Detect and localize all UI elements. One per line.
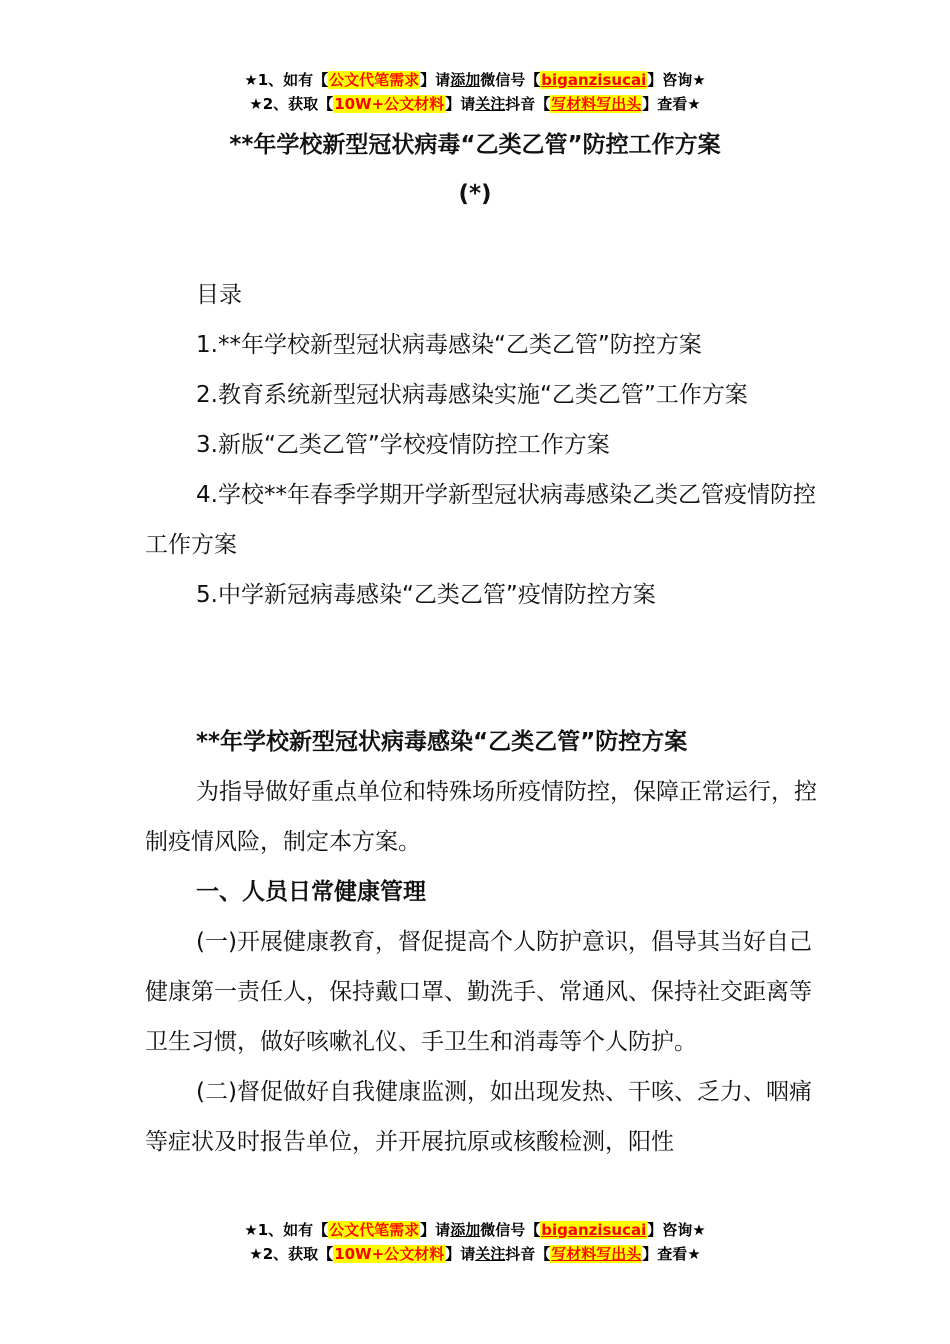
highlight-materials: 10W+公文材料 [333,1245,445,1263]
banner-text: 】请 [445,1245,475,1263]
banner-line-2: ★2、获取【10W+公文材料】请关注抖音【写材料写出头】查看★ [0,1242,950,1266]
banner-text: ★1、如有【 [244,1221,328,1239]
header-banner: ★1、如有【公文代笔需求】请添加微信号【biganzisucai】咨询★ ★2、… [0,68,950,116]
banner-text: 】查看★ [642,95,700,113]
highlight-service: 公文代笔需求 [328,1221,420,1239]
document-subtitle: (*) [0,178,950,210]
highlight-materials: 10W+公文材料 [333,95,445,113]
footer-banner: ★1、如有【公文代笔需求】请添加微信号【biganzisucai】咨询★ ★2、… [0,1218,950,1266]
banner-text: 抖音【 [505,1245,550,1263]
banner-line-1: ★1、如有【公文代笔需求】请添加微信号【biganzisucai】咨询★ [0,1218,950,1242]
douyin-account-link[interactable]: 写材料写出头 [550,95,642,113]
banner-text: 】请 [420,1221,450,1239]
banner-text: 】请 [420,71,450,89]
paragraph-health-education: (一)开展健康教育，督促提高个人防护意识，倡导其当好自己健康第一责任人，保持戴口… [145,917,825,1067]
banner-text: ★2、获取【 [249,1245,333,1263]
banner-text: 】咨询★ [647,1221,705,1239]
banner-text: 抖音【 [505,95,550,113]
table-of-contents: 目录 1.**年学校新型冠状病毒感染“乙类乙管”防控方案 2.教育系统新型冠状病… [145,270,825,620]
banner-text: 微信号【 [480,71,540,89]
toc-item-3[interactable]: 3.新版“乙类乙管”学校疫情防控工作方案 [145,420,825,470]
section-title: **年学校新型冠状病毒感染“乙类乙管”防控方案 [145,717,825,767]
heading-health-management: 一、人员日常健康管理 [145,867,825,917]
banner-text: 】查看★ [642,1245,700,1263]
underlined-add: 添加 [450,71,480,89]
toc-item-2[interactable]: 2.教育系统新型冠状病毒感染实施“乙类乙管”工作方案 [145,370,825,420]
banner-text: ★1、如有【 [244,71,328,89]
toc-item-5[interactable]: 5.中学新冠病毒感染“乙类乙管”疫情防控方案 [145,570,825,620]
intro-paragraph: 为指导做好重点单位和特殊场所疫情防控，保障正常运行，控制疫情风险，制定本方案。 [145,767,825,867]
section-1: **年学校新型冠状病毒感染“乙类乙管”防控方案 为指导做好重点单位和特殊场所疫情… [145,717,825,1167]
banner-line-2: ★2、获取【10W+公文材料】请关注抖音【写材料写出头】查看★ [0,92,950,116]
wechat-id-link[interactable]: biganzisucai [540,1221,647,1239]
douyin-account-link[interactable]: 写材料写出头 [550,1245,642,1263]
highlight-service: 公文代笔需求 [328,71,420,89]
toc-heading: 目录 [145,270,825,320]
paragraph-self-monitoring: (二)督促做好自我健康监测，如出现发热、干咳、乏力、咽痛等症状及时报告单位，并开… [145,1067,825,1167]
banner-line-1: ★1、如有【公文代笔需求】请添加微信号【biganzisucai】咨询★ [0,68,950,92]
banner-text: 】请 [445,95,475,113]
banner-text: 微信号【 [480,1221,540,1239]
wechat-id-link[interactable]: biganzisucai [540,71,647,89]
underlined-follow: 关注 [475,95,505,113]
banner-text: 】咨询★ [647,71,705,89]
banner-text: ★2、获取【 [249,95,333,113]
toc-item-1[interactable]: 1.**年学校新型冠状病毒感染“乙类乙管”防控方案 [145,320,825,370]
underlined-follow: 关注 [475,1245,505,1263]
toc-item-4[interactable]: 4.学校**年春季学期开学新型冠状病毒感染乙类乙管疫情防控工作方案 [145,470,825,570]
document-title: **年学校新型冠状病毒“乙类乙管”防控工作方案 [0,129,950,161]
underlined-add: 添加 [450,1221,480,1239]
